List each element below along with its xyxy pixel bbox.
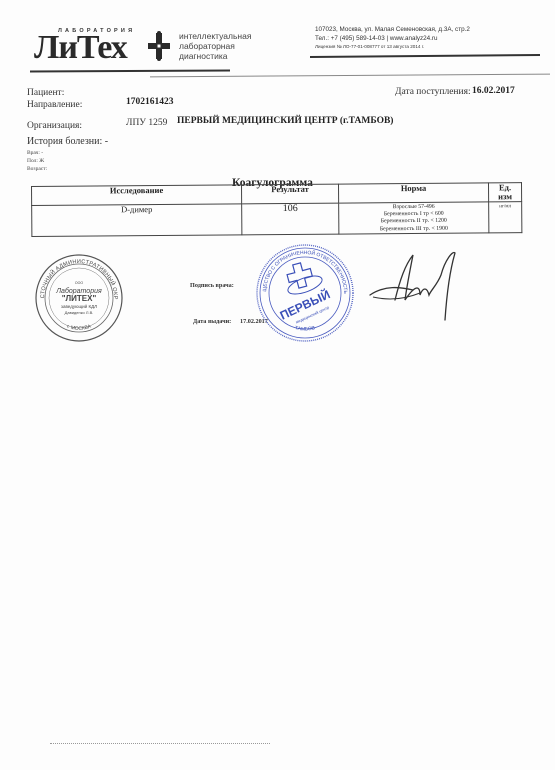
lab-license: Лицензия № ЛО-77-01-008777 от 13 августа… — [315, 43, 470, 52]
stamp-line: заведующий КДЛ — [34, 303, 124, 311]
results-table: Исследование Результат Норма Ед. изм D-д… — [31, 182, 522, 237]
header-divider — [150, 74, 550, 78]
organization-label: Организация: — [27, 121, 82, 131]
header-divider — [30, 69, 230, 72]
doctor-signature-label: Подпись врача: — [190, 282, 234, 289]
tagline-line: диагностика — [179, 51, 251, 61]
lab-address: 107023, Москва, ул. Малая Семеновская, д… — [315, 26, 470, 35]
column-header-norm: Норма — [338, 183, 488, 203]
logo-wordmark: ЛиТех — [34, 31, 127, 65]
tagline-line: интеллектуальная — [179, 31, 251, 41]
organization-code: ЛПУ 1259 — [126, 118, 167, 128]
issue-date-label: Дата выдачи: — [193, 318, 231, 325]
test-unit: нг/мл — [489, 202, 522, 233]
organization-name: ПЕРВЫЙ МЕДИЦИНСКИЙ ЦЕНТР (г.ТАМБОВ) — [177, 116, 393, 126]
column-header-test: Исследование — [32, 185, 242, 206]
doctor-signature-icon — [365, 245, 465, 325]
column-header-unit: Ед. изм — [488, 183, 521, 202]
svg-text:ТАМБОВ: ТАМБОВ — [294, 325, 316, 333]
patient-label: Пациент: — [27, 88, 64, 98]
test-name: D-димер — [32, 204, 242, 236]
header-divider — [310, 54, 540, 58]
tagline: интеллектуальная лабораторная диагностик… — [179, 31, 251, 61]
lab-address-block: 107023, Москва, ул. Малая Семеновская, д… — [315, 26, 470, 52]
medical-cross-icon — [285, 261, 314, 290]
stamp-org-type: ООО — [34, 280, 124, 288]
footer-scan-artifact — [50, 743, 270, 747]
stamp-line: "ЛИТЕХ" — [34, 295, 124, 303]
table-row: D-димер 106 Взрослые 57-496 Беременность… — [32, 202, 522, 237]
litex-stamp: ВОСТОЧНЫЙ АДМИНИСТРАТИВНЫЙ ОКРУГ г. МОСК… — [34, 253, 124, 343]
norm-line: Беременность III тр. < 1900 — [341, 225, 486, 233]
tagline-line: лабораторная — [179, 41, 251, 51]
test-result: 106 — [242, 203, 339, 235]
doctor-label: Врач: - — [27, 150, 43, 156]
age-label: Возраст: — [27, 166, 47, 172]
lab-contacts: Тел.: +7 (495) 589-14-03 | www.analyz24.… — [315, 35, 470, 44]
direction-label: Направление: — [27, 100, 82, 110]
medical-history-label: История болезни: - — [27, 136, 108, 147]
direction-value: 1702161423 — [126, 97, 174, 107]
stamp-ring-icon: ОБЩЕСТВО С ОГРАНИЧЕННОЙ ОТВЕТСТВЕННОСТЬЮ… — [255, 243, 355, 343]
received-date-value: 16.02.2017 — [472, 86, 515, 96]
test-norm: Взрослые 57-496 Беременность I тр < 600 … — [339, 202, 489, 234]
column-header-result: Результат — [241, 184, 338, 204]
received-date-label: Дата поступления: — [395, 87, 471, 97]
stamp-line: Давиденко Л.В. — [34, 310, 124, 315]
medical-center-stamp: ОБЩЕСТВО С ОГРАНИЧЕННОЙ ОТВЕТСТВЕННОСТЬЮ… — [255, 243, 355, 343]
sex-label: Пол: Ж — [27, 158, 44, 164]
stamp-text: ООО Лаборатория "ЛИТЕХ" заведующий КДЛ Д… — [34, 280, 124, 315]
cross-logo-icon — [147, 31, 171, 61]
